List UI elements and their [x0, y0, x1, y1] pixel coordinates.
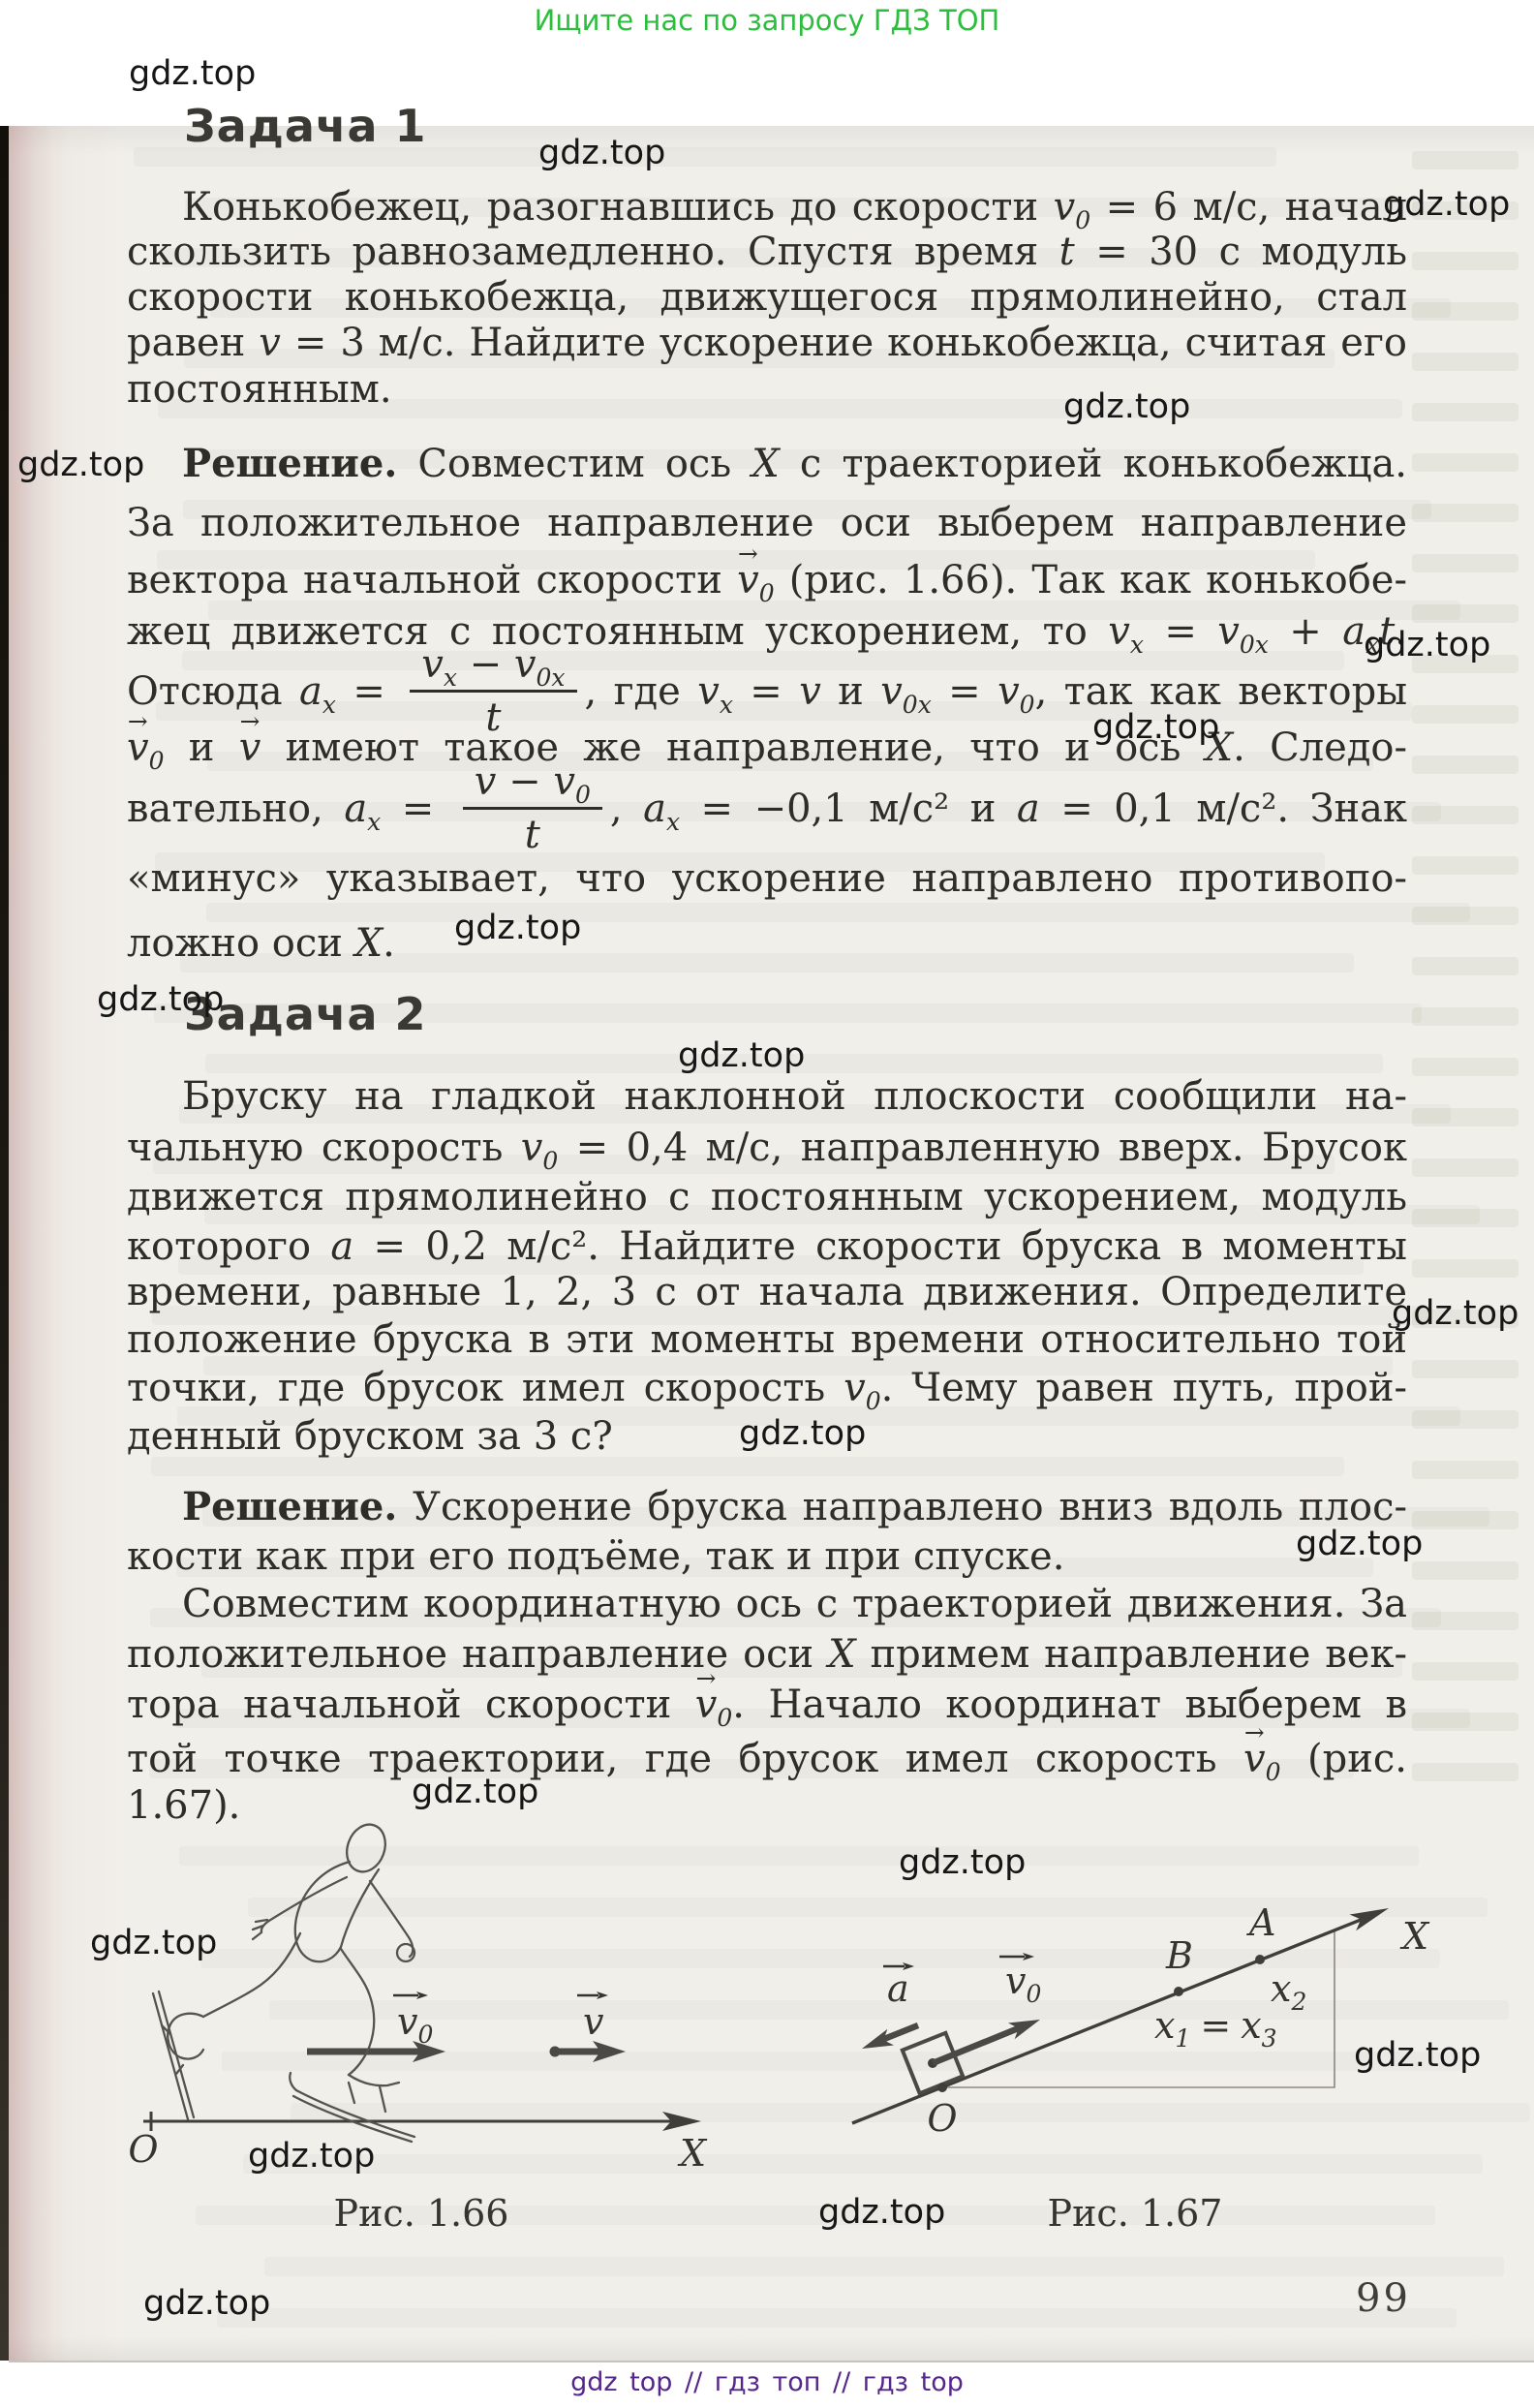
- x-axis-label: X: [677, 2132, 708, 2175]
- page-number: 99: [1356, 2276, 1411, 2321]
- x-axis: [143, 2112, 686, 2131]
- skater-drawing: [153, 1819, 414, 2142]
- text-line: той точке траектории, где брусок имел ск…: [127, 1736, 1407, 1829]
- origin-label: O: [128, 2128, 158, 2171]
- watermark: gdz.top: [1392, 1296, 1519, 1332]
- text-line: скорости конькобежца, движущегося прямол…: [127, 274, 1407, 321]
- v-vector: v: [550, 1991, 627, 2062]
- svg-text:v0: v0: [397, 2000, 433, 2049]
- text-line: положительное направление оси X примем н…: [127, 1631, 1407, 1678]
- text-line: положение бруска в эти моменты времени о…: [127, 1316, 1407, 1363]
- origin-dot: [937, 2083, 947, 2092]
- watermark: gdz.top: [538, 136, 665, 171]
- task1-heading: Задача 1: [184, 104, 427, 148]
- text-line: «минус» указывает, что ускорение направл…: [127, 855, 1407, 902]
- text-line: За положительное направление оси выберем…: [127, 500, 1407, 546]
- watermark: gdz.top: [1364, 628, 1490, 664]
- incline-arrowhead-icon: [1350, 1900, 1393, 1931]
- watermark: gdz.top: [129, 56, 256, 92]
- svg-text:a: a: [887, 1967, 909, 2010]
- text-line: которого a = 0,2 м/с². Найдите скорости …: [127, 1223, 1407, 1270]
- svg-text:v: v: [583, 2000, 604, 2043]
- watermark: gdz.top: [1296, 1527, 1423, 1562]
- figure-1-67-caption: Рис. 1.67: [1048, 2192, 1223, 2235]
- book-spine-edge: [0, 126, 9, 2361]
- watermark: gdz.top: [97, 982, 224, 1018]
- watermark: gdz.top: [678, 1038, 805, 1074]
- watermark: gdz.top: [739, 1416, 866, 1452]
- watermark: gdz.top: [454, 911, 581, 946]
- v0-vector: v0: [307, 1991, 445, 2062]
- text-line: движется прямолинейно с постоянным ускор…: [127, 1174, 1407, 1220]
- watermark: gdz.top: [1383, 187, 1510, 223]
- point-B-dot: [1174, 1987, 1183, 1996]
- text-line: постоянным.: [127, 366, 1407, 413]
- text-line: вательно, ax = v − v0t, ax = −0,1 м/с² и…: [127, 760, 1407, 860]
- text-line: кости как при его подъёме, так и при спу…: [127, 1533, 1407, 1580]
- svg-text:v0: v0: [1005, 1960, 1041, 2008]
- point-A-label: A: [1246, 1901, 1275, 1944]
- point-B-label: B: [1165, 1934, 1193, 1977]
- origin-label: O: [927, 2097, 957, 2140]
- figure-1-66-caption: Рис. 1.66: [334, 2192, 509, 2235]
- text-line: Конькобежец, разогнавшись до скорости v0…: [127, 184, 1407, 231]
- text-line: равен v = 3 м/с. Найдите ускорение коньк…: [127, 320, 1407, 366]
- vector-symbol: →v0: [737, 557, 775, 603]
- text-line: времени, равные 1, 2, 3 с от начала движ…: [127, 1269, 1407, 1315]
- watermark: gdz.top: [1092, 710, 1219, 746]
- a-vector: a: [859, 1962, 918, 2056]
- fraction: v − v0t: [463, 760, 602, 856]
- text-line: Совместим координатную ось с траекторией…: [127, 1581, 1407, 1627]
- point-A-dot: [1255, 1955, 1265, 1964]
- figure-1-67: X v0 a B A x2 x1=x3 O Рис. 1.67: [794, 1819, 1534, 2251]
- watermark: gdz.top: [1063, 389, 1190, 425]
- watermark: gdz.top: [412, 1775, 538, 1810]
- scanned-textbook-page: Ищите нас по запросу ГДЗ ТОП Задача 1 Ко…: [0, 0, 1534, 2408]
- text-line: тора начальной скорости →v0. Начало коор…: [127, 1682, 1407, 1728]
- watermark: gdz.top: [1354, 2038, 1481, 2074]
- text-line: Решение. Совместим ось X с траекторией к…: [127, 441, 1407, 487]
- watermark: gdz.top: [90, 1926, 217, 1961]
- watermark: gdz.top: [143, 2286, 270, 2322]
- text-line: Решение. Ускорение бруска направлено вни…: [127, 1484, 1407, 1530]
- text-line: скользить равнозамедленно. Спустя время …: [127, 229, 1407, 275]
- vector-symbol: →v0: [1243, 1736, 1281, 1782]
- text-line: чальную скорость v0 = 0,4 м/с, направлен…: [127, 1125, 1407, 1171]
- text-line: Бруску на гладкой наклонной плоскости со…: [127, 1073, 1407, 1120]
- watermark: gdz.top: [17, 448, 144, 483]
- x1-equals-x3-label: x1=x3: [1154, 2004, 1277, 2053]
- incline-axis: [852, 1914, 1375, 2123]
- x-axis-label: X: [1399, 1915, 1430, 1958]
- watermark: gdz.top: [818, 2195, 945, 2231]
- watermark: gdz.top: [248, 2139, 375, 2175]
- text-line: вектора начальной скорости →v0 (рис. 1.6…: [127, 557, 1407, 603]
- site-footer: gdz top // гдз топ // гдз top: [0, 2367, 1534, 2397]
- vector-symbol: →v0: [695, 1682, 733, 1728]
- text-line: ложно оси X.: [127, 920, 1407, 967]
- text-line: точки, где брусок имел скорость v0. Чему…: [127, 1365, 1407, 1411]
- site-promo-header: Ищите нас по запросу ГДЗ ТОП: [0, 4, 1534, 37]
- watermark: gdz.top: [899, 1845, 1026, 1881]
- figure-1-66: O X v0 v: [58, 1819, 755, 2241]
- x2-label: x2: [1271, 1967, 1306, 2016]
